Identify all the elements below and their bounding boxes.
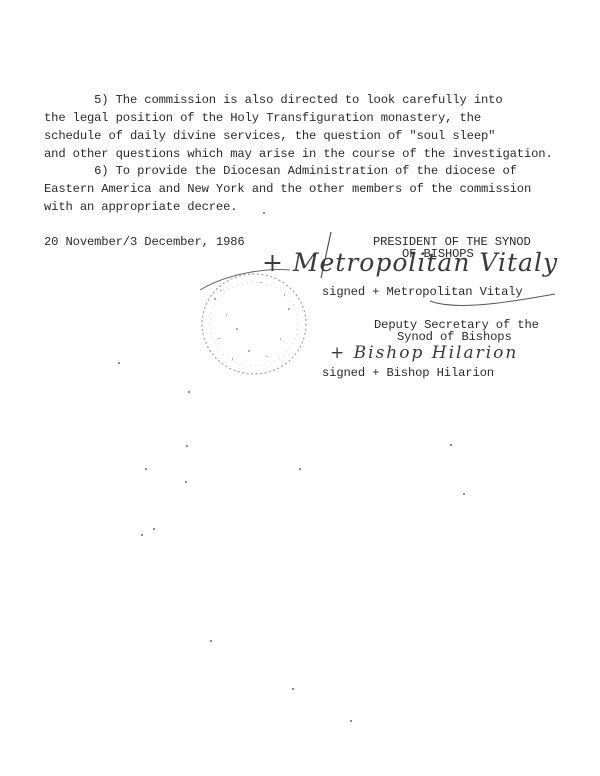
typed-signature: signed + Bishop Hilarion [322,366,494,380]
typed-signature: signed + Metropolitan Vitaly [322,285,523,299]
handwritten-signature: + Bishop Hilarion [330,343,518,363]
document-page: 5) The commission is also directed to lo… [0,0,600,776]
text-line: 5) The commission is also directed to lo… [44,93,502,107]
text-line: with an appropriate decree. [44,200,237,214]
handwritten-signature: + Metropolitan Vitaly [262,248,558,277]
text-line: 6) To provide the Diocesan Administratio… [44,164,517,178]
text-line: the legal position of the Holy Transfigu… [44,111,481,125]
text-line: and other questions which may arise in t… [44,147,553,161]
document-date: 20 November/3 December, 1986 [44,235,245,249]
signatory-title: Synod of Bishops [397,330,512,344]
text-line: schedule of daily divine services, the q… [44,129,495,143]
text-line: Eastern America and New York and the oth… [44,182,531,196]
seal-stamp-icon [196,268,316,380]
